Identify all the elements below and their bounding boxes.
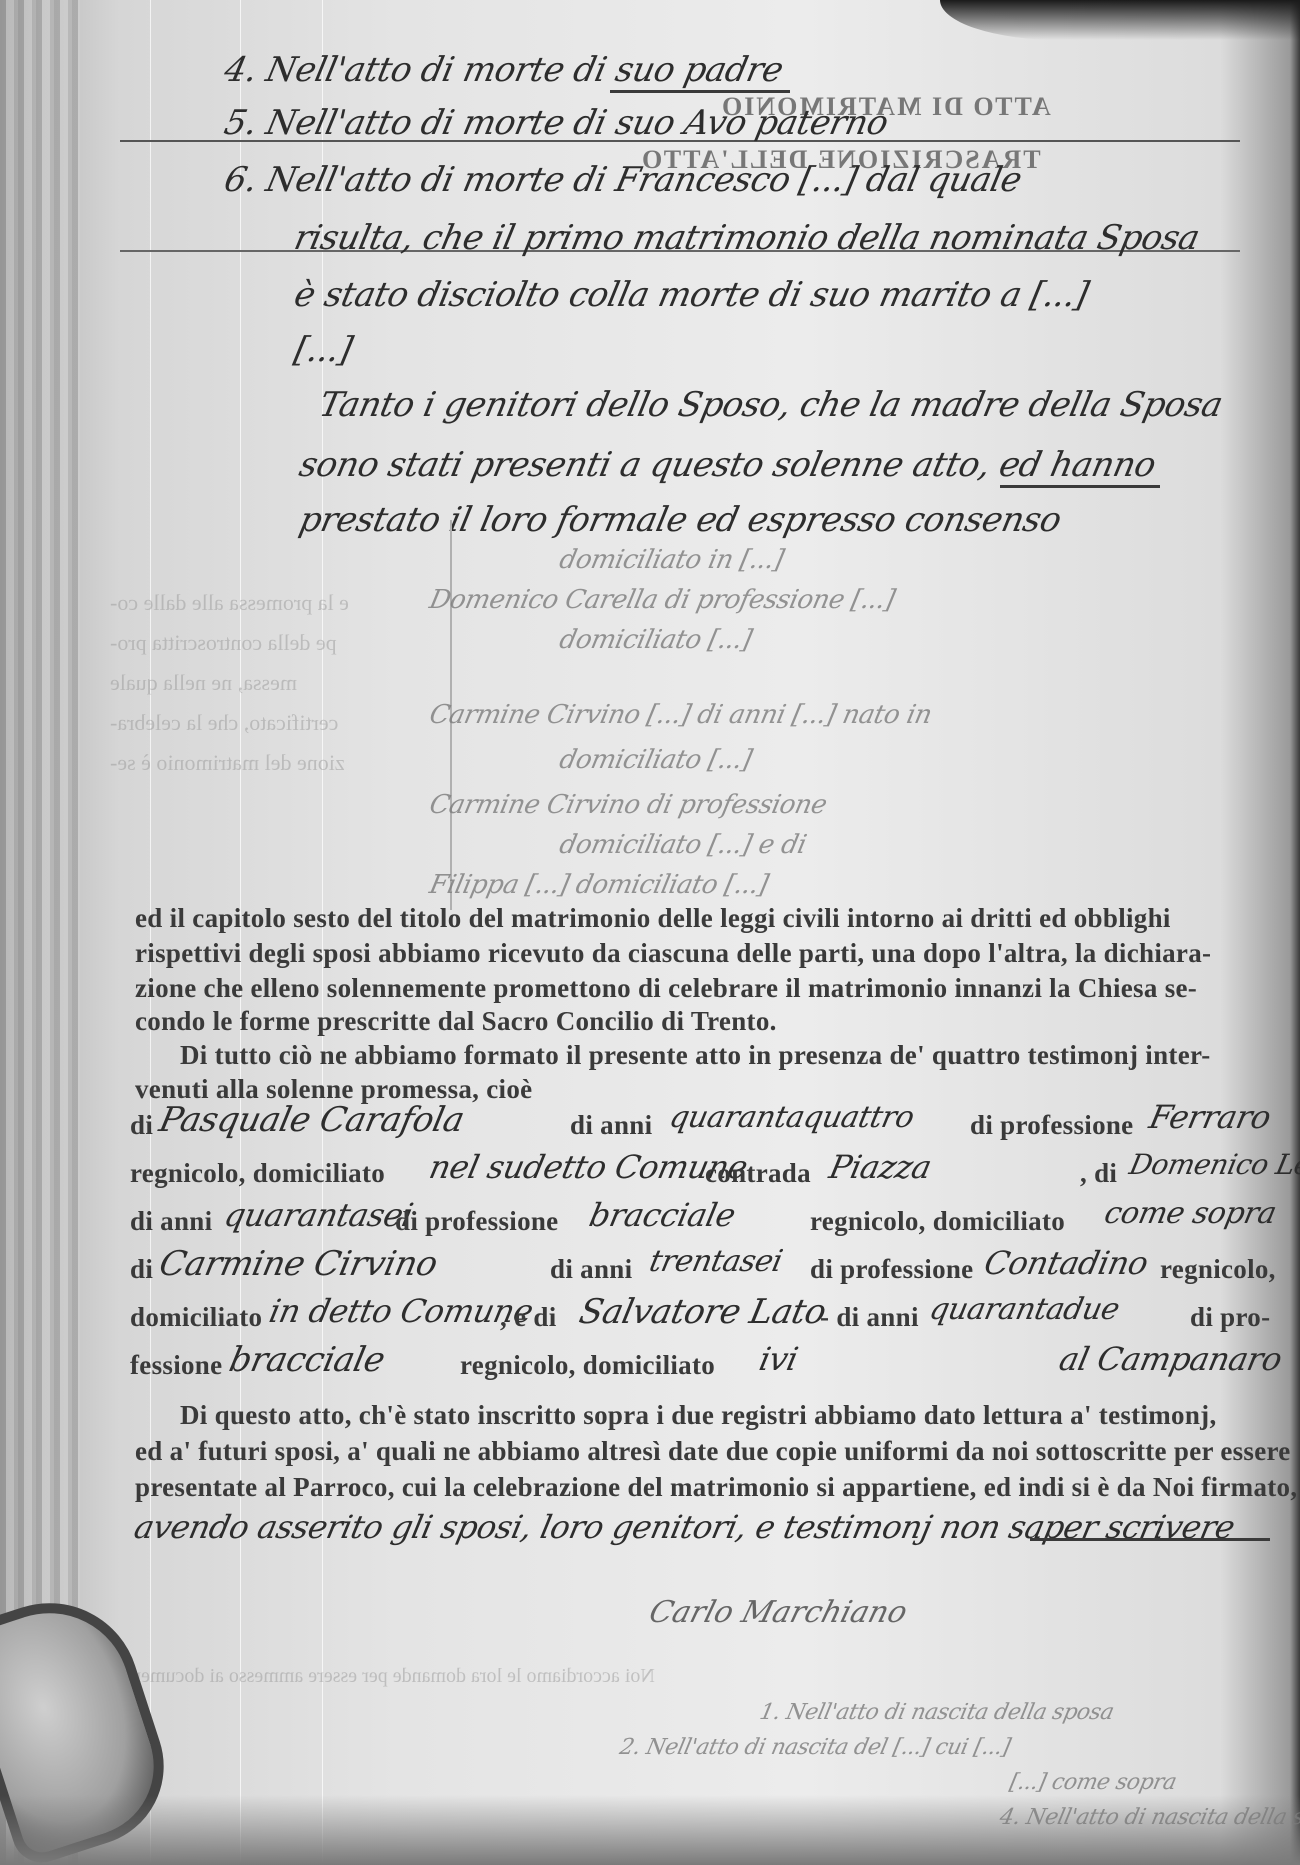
printed-body-line: zione che elleno solennemente promettono… xyxy=(135,973,1197,1004)
witness-name: Salvatore Lato xyxy=(576,1292,830,1332)
closing-line: Di questo atto, ch'è stato inscritto sop… xyxy=(180,1400,1217,1431)
ink-stroke xyxy=(1000,485,1160,488)
page-binding-edge xyxy=(0,0,80,1865)
closing-line: ed a' futuri sposi, a' quali ne abbiamo … xyxy=(135,1436,1291,1467)
faint-form-line: Domenico Carella di professione [...] xyxy=(427,585,898,615)
witness-domicile: ivi xyxy=(756,1340,801,1378)
page-bottom-shadow xyxy=(0,1795,1300,1865)
faint-form-line: domiciliato in [...] xyxy=(557,545,786,575)
witness-age: quarantasei xyxy=(221,1196,416,1234)
page-corner-shadow xyxy=(940,0,1300,40)
witness-line: di Carmine Cirvino di anni trentasei di … xyxy=(130,1244,1290,1288)
bleed-text: pe della controscritta pro- xyxy=(110,630,337,656)
printed-body-line: rispettivi degli sposi abbiamo ricevuto … xyxy=(135,938,1211,969)
ink-stroke xyxy=(1030,1538,1270,1541)
witness-line: di anni quarantasei di professione bracc… xyxy=(130,1196,1290,1240)
witness-domicile: in detto Comune xyxy=(266,1292,536,1330)
annotation-line: 6. Nell'atto di morte di Francesco [...]… xyxy=(221,160,1025,200)
witness-profession: Ferraro xyxy=(1146,1098,1274,1136)
witness-name: Carmine Cirvino xyxy=(156,1244,441,1284)
witness-domicile: come sopra xyxy=(1101,1196,1279,1231)
annotation-line: risulta, che il primo matrimonio della n… xyxy=(291,218,1203,258)
witness-age: quarantadue xyxy=(926,1292,1122,1327)
bleed-text: e la promessa alle dalle co- xyxy=(110,590,349,616)
ink-stroke xyxy=(610,90,790,93)
annotation-line: 5. Nell'atto di morte di suo Avo paterno xyxy=(221,103,892,143)
printed-body-line: condo le forme prescritte dal Sacro Conc… xyxy=(135,1006,777,1037)
printed-body-line: Di tutto ciò ne abbiamo formato il prese… xyxy=(180,1040,1211,1071)
faint-form-line: Carmine Cirvino [...] di anni [...] nato… xyxy=(427,700,935,730)
witness-street: Piazza xyxy=(826,1148,935,1186)
witness-profession: bracciale xyxy=(586,1196,739,1234)
annotation-line: 4. Nell'atto di morte di suo padre xyxy=(221,50,787,90)
document-page: ATTO DI MATRIMONIO TRASCRIZIONE DELL'ATT… xyxy=(0,0,1300,1865)
witness-note: al Campanaro xyxy=(1056,1340,1285,1378)
annotation-line: [...] xyxy=(291,330,356,370)
witness-domicile: nel sudetto Comune xyxy=(426,1148,751,1186)
witness-line: di Pasquale Carafola di anni quarantaqua… xyxy=(130,1100,1290,1144)
bleed-annotation: 1. Nell'atto di nascita della sposa xyxy=(757,1700,1116,1725)
bleed-text: messa, ne nella quale xyxy=(110,670,297,696)
annotation-line: sono stati presenti a questo solenne att… xyxy=(296,445,1159,485)
bleed-text: certificato, che la celebra- xyxy=(110,710,338,736)
bleed-text: Noi accordiamo le lora domande per esser… xyxy=(120,1665,655,1688)
officer-signature: Carlo Marchiano xyxy=(645,1595,911,1630)
witness-name: Pasquale Carafola xyxy=(156,1100,468,1140)
closing-line: presentate al Parroco, cui la celebrazio… xyxy=(135,1472,1297,1503)
bleed-annotation: 2. Nell'atto di nascita del [...] cui [.… xyxy=(617,1735,1012,1760)
witness-age: trentasei xyxy=(646,1244,785,1279)
bleed-annotation: [...] come sopra xyxy=(1007,1770,1178,1795)
witness-name: Domenico Leonetti xyxy=(1126,1148,1300,1181)
witness-line: regnicolo, domiciliato nel sudetto Comun… xyxy=(130,1148,1290,1192)
faint-form-line: domiciliato [...] xyxy=(557,745,755,775)
faint-form-line: Filippa [...] domiciliato [...] xyxy=(427,870,771,900)
faint-form-line: domiciliato [...] e di xyxy=(557,830,809,860)
annotation-line: Tanto i genitori dello Sposo, che la mad… xyxy=(316,385,1226,425)
annotation-line: prestato il loro formale ed espresso con… xyxy=(296,500,1065,540)
witness-profession: bracciale xyxy=(226,1340,389,1380)
bleed-text: zione del matrimonio è se- xyxy=(110,750,345,776)
annotation-line: è stato disciolto colla morte di suo mar… xyxy=(291,275,1092,315)
faint-form-line: domiciliato [...] xyxy=(557,625,755,655)
faint-form-line: Carmine Cirvino di professione xyxy=(427,790,830,820)
witness-profession: Contadino xyxy=(981,1244,1151,1282)
witness-line: domiciliato in detto Comune , e di Salva… xyxy=(130,1292,1290,1336)
witness-age: quarantaquattro xyxy=(666,1100,917,1135)
witness-line: fessione bracciale regnicolo, domiciliat… xyxy=(130,1340,1290,1384)
printed-body-line: ed il capitolo sesto del titolo del matr… xyxy=(135,903,1171,934)
